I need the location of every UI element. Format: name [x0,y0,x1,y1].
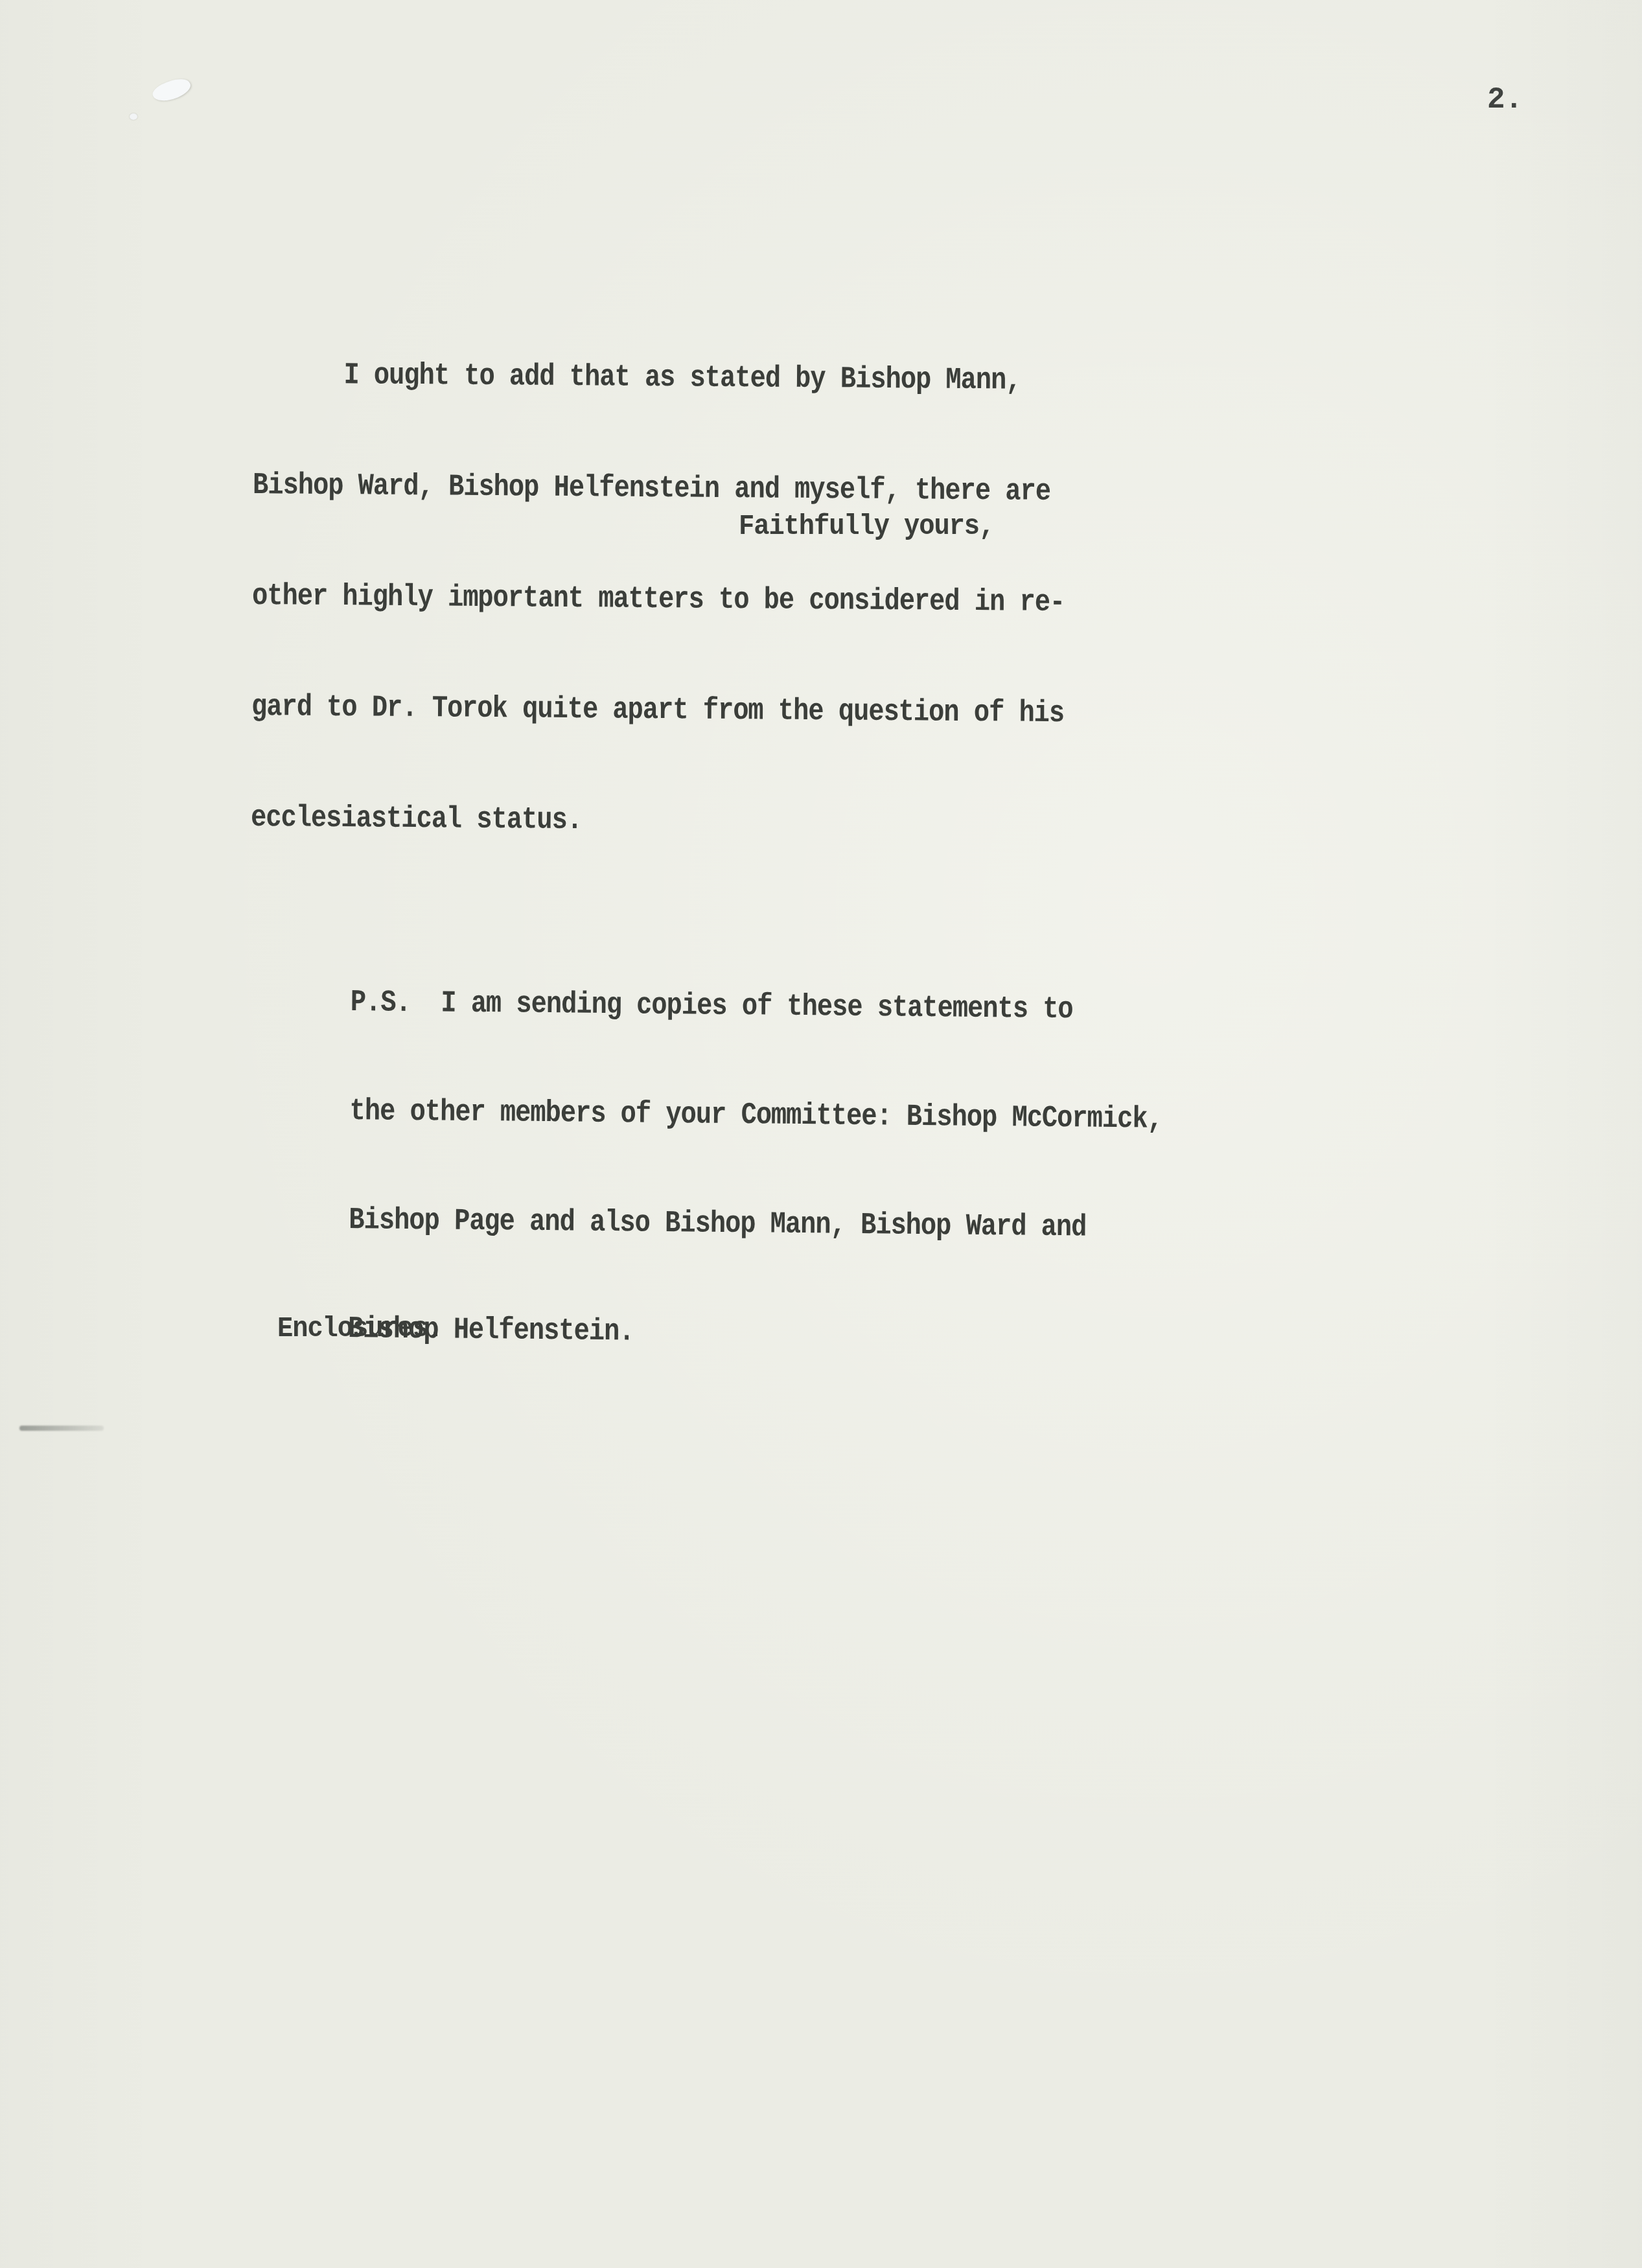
postscript-line: the other members of your Committee: Bis… [349,1094,1162,1139]
body-line: ecclesiastical status. [251,800,1063,843]
margin-smudge-mark [19,1426,104,1431]
postscript-line: Bishop Page and also Bishop Mann, Bishop… [349,1203,1161,1247]
closing-salutation: Faithfully yours, [739,509,994,546]
paper-page: 2. I ought to add that as stated by Bish… [0,0,1642,2268]
body-line: Bishop Ward, Bishop Helfenstein and myse… [253,467,1065,511]
body-line: I ought to add that as stated by Bishop … [253,356,1066,400]
body-line: other highly important matters to be con… [252,578,1065,621]
paper-hole-mark [130,113,137,120]
enclosures-note: Enclosures. [277,1311,443,1348]
postscript-paragraph: P.S. I am sending copies of these statem… [347,912,1164,1429]
paper-tear-mark [150,75,193,106]
postscript-line: Bishop Helfenstein. [348,1312,1161,1356]
body-paragraph: I ought to add that as stated by Bishop … [250,283,1067,917]
postscript-line: P.S. I am sending copies of these statem… [351,985,1163,1030]
page-number: 2. [1487,83,1523,117]
body-line: gard to Dr. Torok quite apart from the q… [251,689,1064,732]
